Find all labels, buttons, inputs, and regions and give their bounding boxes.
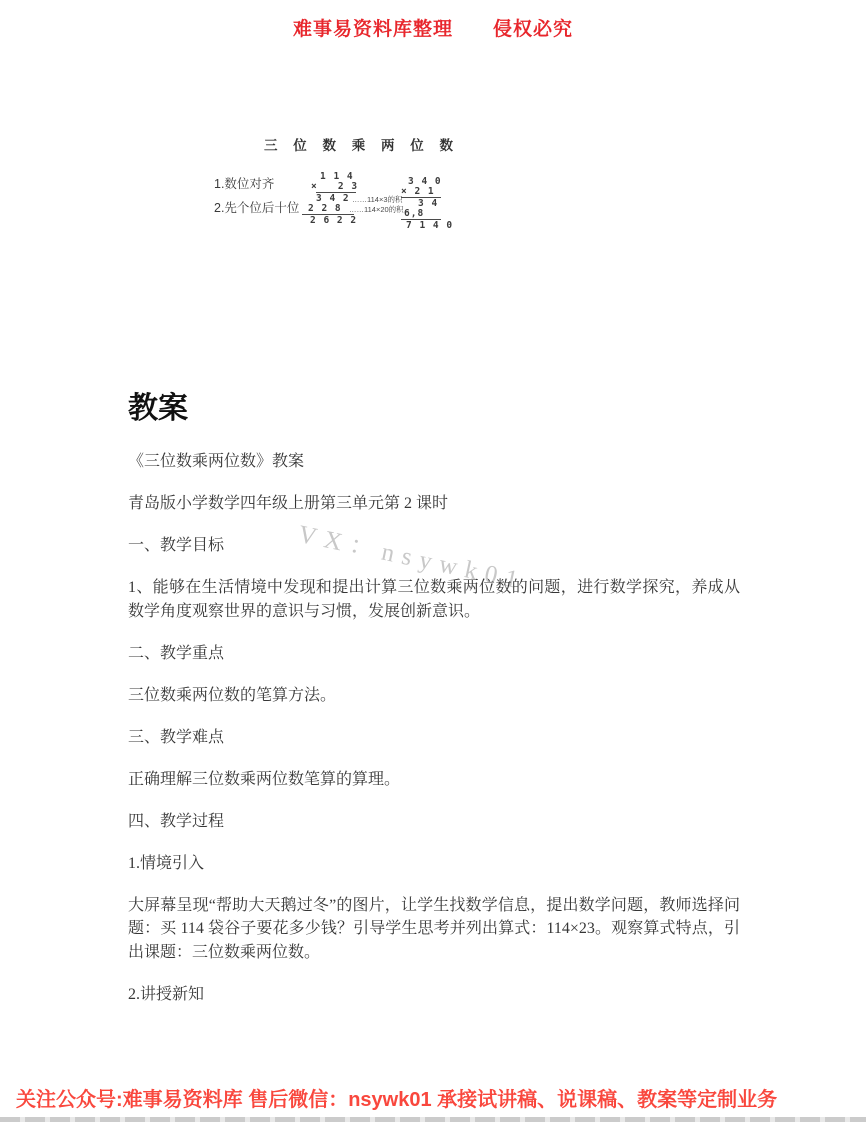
figure-note-1: 1.数位对齐: [214, 174, 274, 192]
page-edge-strip: [0, 1117, 866, 1122]
doc-paragraph: 一、教学目标: [128, 534, 740, 558]
doc-paragraph: 大屏幕呈现“帮助大天鹅过冬”的图片，让学生找数学信息，提出数学问题，教师选择问题…: [128, 894, 740, 965]
mult-left-partial-1-note: ……114×3的积: [352, 196, 403, 204]
doc-paragraph: 青岛版小学数学四年级上册第三单元第 2 课时: [128, 492, 740, 516]
figure-note-2: 2.先个位后十位: [214, 198, 299, 216]
doc-paragraph: 2.讲授新知: [128, 983, 740, 1007]
figure-title: 三 位 数 乘 两 位 数: [264, 134, 459, 154]
doc-paragraph: 《三位数乘两位数》教案: [128, 450, 740, 474]
header-notice: 难事易资料库整理 侵权必究: [0, 14, 866, 41]
doc-paragraph: 三、教学难点: [128, 726, 740, 750]
mult-left-result: 2 6 2 2: [310, 216, 357, 226]
doc-paragraph: 四、教学过程: [128, 810, 740, 834]
doc-heading: 教案: [128, 392, 740, 426]
lesson-plan-body: 教案 《三位数乘两位数》教案 青岛版小学数学四年级上册第三单元第 2 课时 一、…: [128, 392, 740, 1025]
doc-paragraph: 正确理解三位数乘两位数笔算的算理。: [128, 768, 740, 792]
multiplication-figure: 三 位 数 乘 两 位 数 1.数位对齐 2.先个位后十位 1 1 4 × 2 …: [200, 98, 490, 303]
mult-right-partial-2: 6,8: [404, 209, 424, 219]
doc-paragraph: 1.情境引入: [128, 852, 740, 876]
mult-right-result: 7 1 4 0: [406, 221, 453, 231]
mult-left-partial-2-note: ……114×20的积: [349, 206, 404, 214]
doc-paragraph: 1、能够在生活情境中发现和提出计算三位数乘两位数的问题，进行数学探究，养成从数学…: [128, 576, 740, 623]
mult-left-partial-2: 2 2 8: [308, 204, 342, 214]
mult-right-multiplier: × 2 1: [401, 187, 435, 197]
doc-paragraph: 三位数乘两位数的笔算方法。: [128, 684, 740, 708]
doc-paragraph: 二、教学重点: [128, 642, 740, 666]
mult-left-multiplier: × 2 3: [311, 182, 358, 192]
document-page: 难事易资料库整理 侵权必究 三 位 数 乘 两 位 数 1.数位对齐 2.先个位…: [0, 0, 866, 1122]
footer-notice: 关注公众号:难事易资料库 售后微信：nsywk01 承接试讲稿、说课稿、教案等定…: [0, 1083, 866, 1112]
